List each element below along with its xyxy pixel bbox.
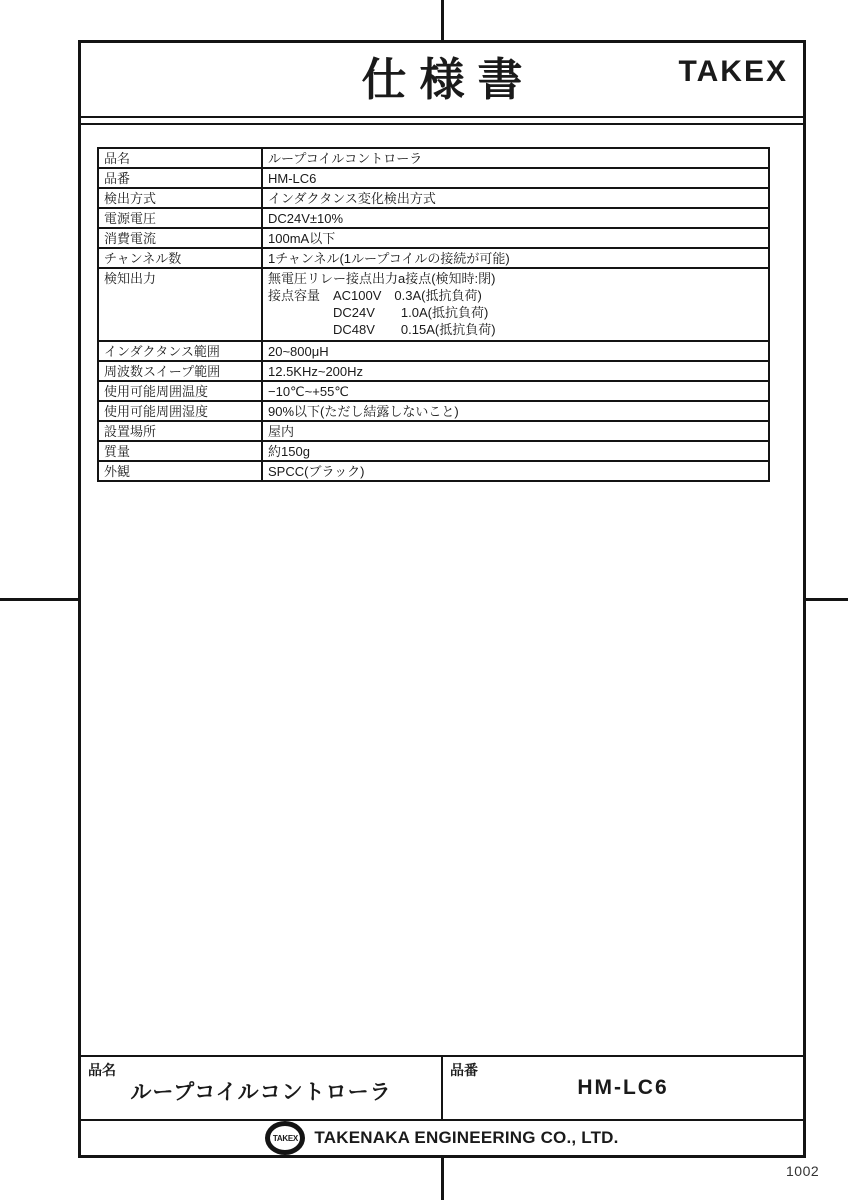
- row-value: 90%以下(ただし結露しないこと): [262, 401, 769, 421]
- row-label: 外観: [98, 461, 262, 481]
- row-value: HM-LC6: [262, 168, 769, 188]
- row-label: 使用可能周囲温度: [98, 381, 262, 401]
- row-label: インダクタンス範囲: [98, 341, 262, 361]
- table-row: 電源電圧 DC24V±10%: [98, 208, 769, 228]
- takex-logotype: TAKEX: [679, 55, 788, 89]
- product-name-label: 品名: [88, 1060, 116, 1080]
- crop-mark-right: [804, 598, 848, 601]
- row-value: 無電圧リレー接点出力a接点(検知時:閉) 接点容量 AC100V 0.3A(抵抗…: [262, 268, 769, 341]
- product-name-value: ループコイルコントローラ: [81, 1076, 441, 1106]
- row-label: チャンネル数: [98, 248, 262, 268]
- row-value: 約150g: [262, 441, 769, 461]
- row-label: 消費電流: [98, 228, 262, 248]
- table-row: 周波数スイープ範囲 12.5KHz~200Hz: [98, 361, 769, 381]
- table-row: 品番 HM-LC6: [98, 168, 769, 188]
- product-name-cell: 品名 ループコイルコントローラ: [81, 1057, 441, 1119]
- row-label: 質量: [98, 441, 262, 461]
- product-number-cell: 品番 HM-LC6: [441, 1057, 803, 1119]
- table-row: 検出方式 インダクタンス変化検出方式: [98, 188, 769, 208]
- crop-mark-bottom: [441, 1156, 444, 1200]
- table-row: 使用可能周囲温度 −10℃~+55℃: [98, 381, 769, 401]
- table-row: インダクタンス範囲 20~800μH: [98, 341, 769, 361]
- spec-sheet-page: 仕様書 TAKEX 品名 ループコイルコントローラ 品番 HM-LC6 検出方式…: [78, 40, 806, 1158]
- spec-table: 品名 ループコイルコントローラ 品番 HM-LC6 検出方式 インダクタンス変化…: [97, 147, 770, 482]
- product-number-value: HM-LC6: [443, 1076, 803, 1100]
- takex-circle-logo: TAKEX: [265, 1121, 305, 1155]
- product-number-label: 品番: [450, 1060, 478, 1080]
- row-value: 12.5KHz~200Hz: [262, 361, 769, 381]
- row-value: −10℃~+55℃: [262, 381, 769, 401]
- row-value: 屋内: [262, 421, 769, 441]
- content-area: 品名 ループコイルコントローラ 品番 HM-LC6 検出方式 インダクタンス変化…: [81, 125, 803, 1055]
- row-label: 検知出力: [98, 268, 262, 341]
- crop-mark-left: [0, 598, 80, 601]
- row-label: 品番: [98, 168, 262, 188]
- row-label: 使用可能周囲湿度: [98, 401, 262, 421]
- page-number: 1002: [786, 1163, 819, 1179]
- table-row: 外観 SPCC(ブラック): [98, 461, 769, 481]
- footer: TAKEX TAKENAKA ENGINEERING CO., LTD.: [81, 1119, 803, 1155]
- row-value: 20~800μH: [262, 341, 769, 361]
- table-row: 品名 ループコイルコントローラ: [98, 148, 769, 168]
- row-value: 1チャンネル(1ループコイルの接続が可能): [262, 248, 769, 268]
- row-value: DC24V±10%: [262, 208, 769, 228]
- header: 仕様書 TAKEX: [81, 43, 803, 118]
- row-value: インダクタンス変化検出方式: [262, 188, 769, 208]
- row-label: 周波数スイープ範囲: [98, 361, 262, 381]
- table-row: 消費電流 100mA以下: [98, 228, 769, 248]
- row-value: ループコイルコントローラ: [262, 148, 769, 168]
- row-label: 品名: [98, 148, 262, 168]
- row-value: 100mA以下: [262, 228, 769, 248]
- company-name: TAKENAKA ENGINEERING CO., LTD.: [314, 1128, 618, 1148]
- takex-circle-logo-text: TAKEX: [273, 1134, 298, 1143]
- crop-mark-top: [441, 0, 444, 43]
- row-label: 電源電圧: [98, 208, 262, 228]
- row-value: SPCC(ブラック): [262, 461, 769, 481]
- product-id-row: 品名 ループコイルコントローラ 品番 HM-LC6: [81, 1055, 803, 1119]
- table-row: 設置場所 屋内: [98, 421, 769, 441]
- row-label: 設置場所: [98, 421, 262, 441]
- table-row: 質量 約150g: [98, 441, 769, 461]
- row-label: 検出方式: [98, 188, 262, 208]
- table-row: 使用可能周囲湿度 90%以下(ただし結露しないこと): [98, 401, 769, 421]
- table-row: 検知出力 無電圧リレー接点出力a接点(検知時:閉) 接点容量 AC100V 0.…: [98, 268, 769, 341]
- table-row: チャンネル数 1チャンネル(1ループコイルの接続が可能): [98, 248, 769, 268]
